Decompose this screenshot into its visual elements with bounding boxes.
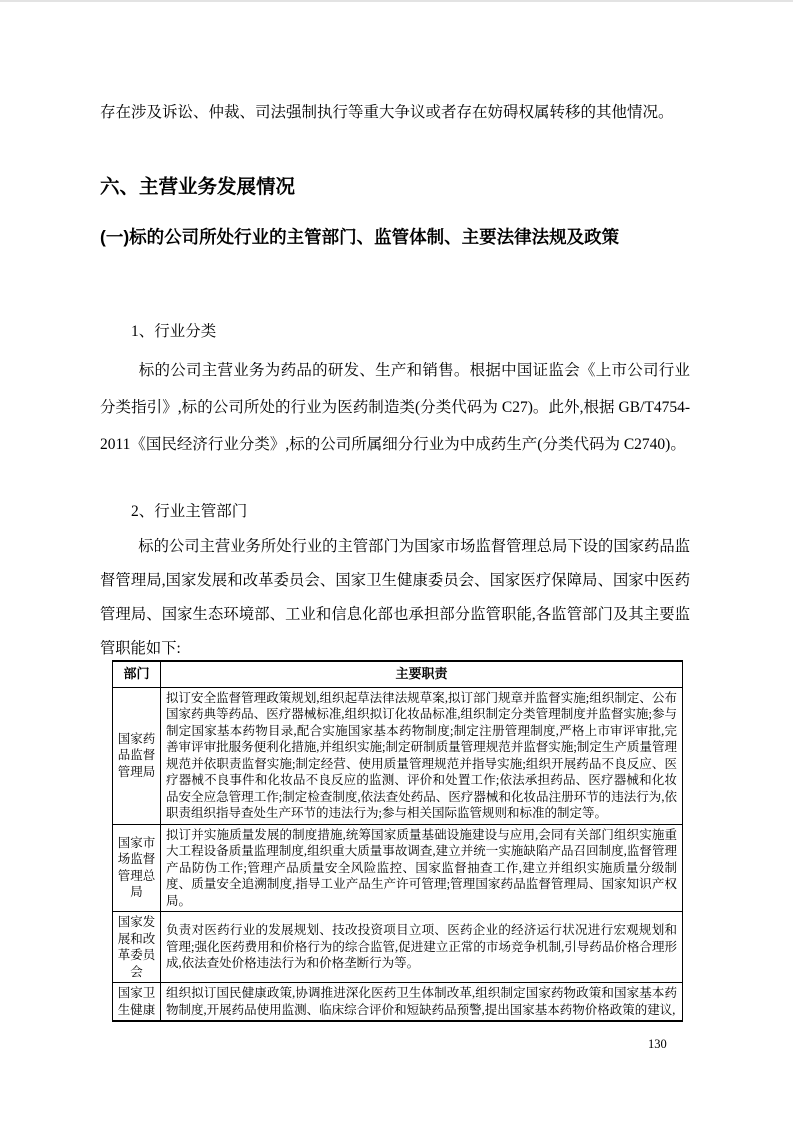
item2-label: 2、行业主管部门 [100,500,690,524]
item2-paragraph: 标的公司主营业务所处行业的主管部门为国家市场监督管理总局下设的国家药品监督管理局… [100,530,690,666]
table-row: 国家发展和改革委员会负责对医药行业的发展规划、技改投资项目立项、医药企业的经济运… [113,912,683,983]
duty-cell: 拟订并实施质量发展的制度措施,统筹国家质量基础设施建设与应用,会同有关部门组织实… [161,824,683,912]
subsection-heading: (一)标的公司所处行业的主管部门、监管体制、主要法律法规及政策 [100,211,692,263]
item1-label: 1、行业分类 [100,320,690,344]
regulators-table: 部门 主要职责 国家药品监督管理局拟订安全监督管理政策规划,组织起草法律法规草案… [112,660,683,1022]
department-cell: 国家药品监督管理局 [113,687,161,824]
duty-cell: 组织拟订国民健康政策,协调推进深化医药卫生体制改革,组织制定国家药物政策和国家基… [161,983,683,1022]
regulator-table-body: 国家药品监督管理局拟订安全监督管理政策规划,组织起草法律法规草案,拟订部门规章并… [113,687,683,1021]
department-cell: 国家卫生健康 [113,983,161,1022]
page-top-edge [0,0,793,2]
section-heading: 六、主营业务发展情况 [100,174,700,200]
department-cell: 国家发展和改革委员会 [113,912,161,983]
header-duties: 主要职责 [161,661,683,687]
table-row: 国家市场监督管理总局拟订并实施质量发展的制度措施,统筹国家质量基础设施建设与应用… [113,824,683,912]
document-page: 存在涉及诉讼、仲裁、司法强制执行等重大争议或者存在妨碍权属转移的其他情况。 六、… [0,0,793,1122]
duty-cell: 拟订安全监督管理政策规划,组织起草法律法规草案,拟订部门规章并监督实施;组织制定… [161,687,683,824]
table-row: 国家药品监督管理局拟订安全监督管理政策规划,组织起草法律法规草案,拟订部门规章并… [113,687,683,824]
header-department: 部门 [113,661,161,687]
intro-paragraph: 存在涉及诉讼、仲裁、司法强制执行等重大争议或者存在妨碍权属转移的其他情况。 [100,94,690,131]
table-header-row: 部门 主要职责 [113,661,683,687]
duty-cell: 负责对医药行业的发展规划、技改投资项目立项、医药企业的经济运行状况进行宏观规划和… [161,912,683,983]
department-cell: 国家市场监督管理总局 [113,824,161,912]
page-number: 130 [648,1036,667,1052]
item1-paragraph: 标的公司主营业务为药品的研发、生产和销售。根据中国证监会《上市公司行业分类指引》… [100,352,690,463]
table-row: 国家卫生健康组织拟订国民健康政策,协调推进深化医药卫生体制改革,组织制定国家药物… [113,983,683,1022]
